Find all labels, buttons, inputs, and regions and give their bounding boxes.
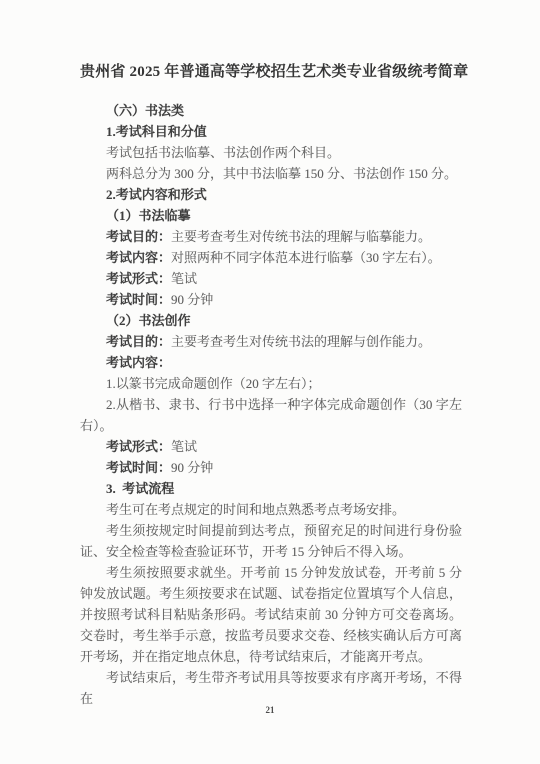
label-only-line: 考试内容：: [80, 352, 462, 373]
field-label: 考试内容：: [106, 355, 171, 370]
page-number: 21: [0, 705, 540, 715]
field-text: 90 分钟: [171, 292, 213, 307]
field-text: 笔试: [171, 271, 197, 286]
labeled-line: 考试时间：90 分钟: [80, 457, 462, 478]
field-label: 考试内容：: [106, 250, 171, 265]
body-paragraph: 2.从楷书、隶书、行书中选择一种字体完成命题创作（30 字左右）。: [80, 394, 462, 436]
numbered-heading: 2.考试内容和形式: [80, 184, 462, 205]
sub-numbered-heading: （2）书法创作: [80, 310, 462, 331]
field-label: 考试时间：: [106, 292, 171, 307]
document-page: 贵州省 2025 年普通高等学校招生艺术类专业省级统考简章 （六）书法类 1.考…: [0, 0, 540, 764]
labeled-line: 考试目的：主要考查考生对传统书法的理解与临摹能力。: [80, 226, 462, 247]
body-paragraph: 考生可在考点规定的时间和地点熟悉考点考场安排。: [80, 499, 462, 520]
body-paragraph: 考试包括书法临摹、书法创作两个科目。: [80, 142, 462, 163]
body-paragraph: 考生须按规定时间提前到达考点，预留充足的时间进行身份验证、安全检查等检查验证环节…: [80, 520, 462, 562]
labeled-line: 考试目的：主要考查考生对传统书法的理解与创作能力。: [80, 331, 462, 352]
field-label: 考试形式：: [106, 271, 171, 286]
field-label: 考试目的：: [106, 334, 171, 349]
numbered-heading: 3. 考试流程: [80, 478, 462, 499]
body-paragraph: 考试结束后，考生带齐考试用具等按要求有序离开考场，不得在: [80, 667, 462, 709]
labeled-line: 考试形式：笔试: [80, 436, 462, 457]
numbered-heading: 1.考试科目和分值: [80, 121, 462, 142]
body-paragraph: 考生须按照要求就坐。开考前 15 分钟发放试卷，开考前 5 分钟发放试题。考生须…: [80, 562, 462, 667]
body-paragraph: 两科总分为 300 分，其中书法临摹 150 分、书法创作 150 分。: [80, 163, 462, 184]
labeled-line: 考试时间：90 分钟: [80, 289, 462, 310]
sub-numbered-heading: （1）书法临摹: [80, 205, 462, 226]
field-label: 考试目的：: [106, 229, 171, 244]
field-text: 对照两种不同字体范本进行临摹（30 字左右）。: [171, 250, 441, 265]
page-title: 贵州省 2025 年普通高等学校招生艺术类专业省级统考简章: [80, 62, 462, 83]
subsection-heading: （六）书法类: [80, 100, 462, 121]
labeled-line: 考试形式：笔试: [80, 268, 462, 289]
field-text: 主要考查考生对传统书法的理解与临摹能力。: [171, 229, 431, 244]
field-label: 考试时间：: [106, 460, 171, 475]
field-text: 主要考查考生对传统书法的理解与创作能力。: [171, 334, 431, 349]
field-text: 90 分钟: [171, 460, 213, 475]
body-paragraph: 1.以篆书完成命题创作（20 字左右）；: [80, 373, 462, 394]
document-content: 贵州省 2025 年普通高等学校招生艺术类专业省级统考简章 （六）书法类 1.考…: [80, 62, 462, 709]
field-text: 笔试: [171, 439, 197, 454]
field-label: 考试形式：: [106, 439, 171, 454]
labeled-line: 考试内容：对照两种不同字体范本进行临摹（30 字左右）。: [80, 247, 462, 268]
